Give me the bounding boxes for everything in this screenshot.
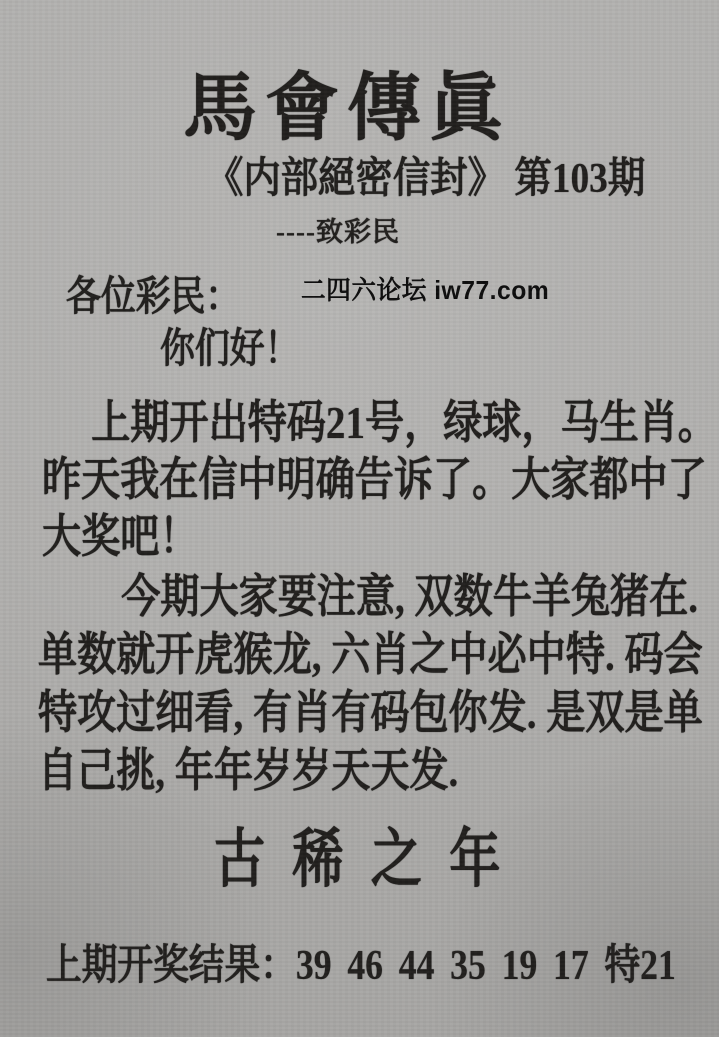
greeting: 你们好！ bbox=[160, 328, 299, 369]
paragraph-line: 上期开出特码21号，绿球，马生肖。 bbox=[42, 394, 719, 451]
scanned-fax-letter: 馬會傳眞 《内部絕密信封》 第103期 ----致彩民 各位彩民： 二四六论坛 … bbox=[0, 0, 719, 1037]
paragraph-line: 自己挑, 年年岁岁天天发. bbox=[38, 742, 718, 800]
last-draw-result-line: 上期开奖结果：39 46 44 35 19 17 特21 bbox=[46, 943, 676, 989]
paragraph-current-tip: 今期大家要注意, 双数牛羊兔猪在. 单数就开虎猴龙, 六肖之中必中特. 码会 特… bbox=[38, 568, 718, 800]
paragraph-last-draw: 上期开出特码21号，绿球，马生肖。 昨天我在信中明确告诉了。大家都中了 大奖吧！ bbox=[42, 394, 719, 565]
issue-subtitle: 《内部絕密信封》 第103期 bbox=[206, 156, 645, 202]
dedication-line: ----致彩民 bbox=[276, 219, 400, 246]
tip-phrase: 古稀之年 bbox=[214, 828, 528, 892]
paragraph-line: 今期大家要注意, 双数牛羊兔猪在. bbox=[38, 568, 718, 626]
paragraph-line: 特攻过细看, 有肖有码包你发. 是双是单 bbox=[38, 684, 718, 742]
paragraph-line: 单数就开虎猴龙, 六肖之中必中特. 码会 bbox=[38, 626, 718, 684]
salutation: 各位彩民： bbox=[66, 276, 240, 317]
paragraph-line: 大奖吧！ bbox=[42, 508, 719, 565]
paragraph-line: 昨天我在信中明确告诉了。大家都中了 bbox=[42, 451, 719, 508]
page-title: 馬會傳眞 bbox=[183, 72, 511, 146]
watermark-text: 二四六论坛 iw77.com bbox=[301, 277, 549, 303]
